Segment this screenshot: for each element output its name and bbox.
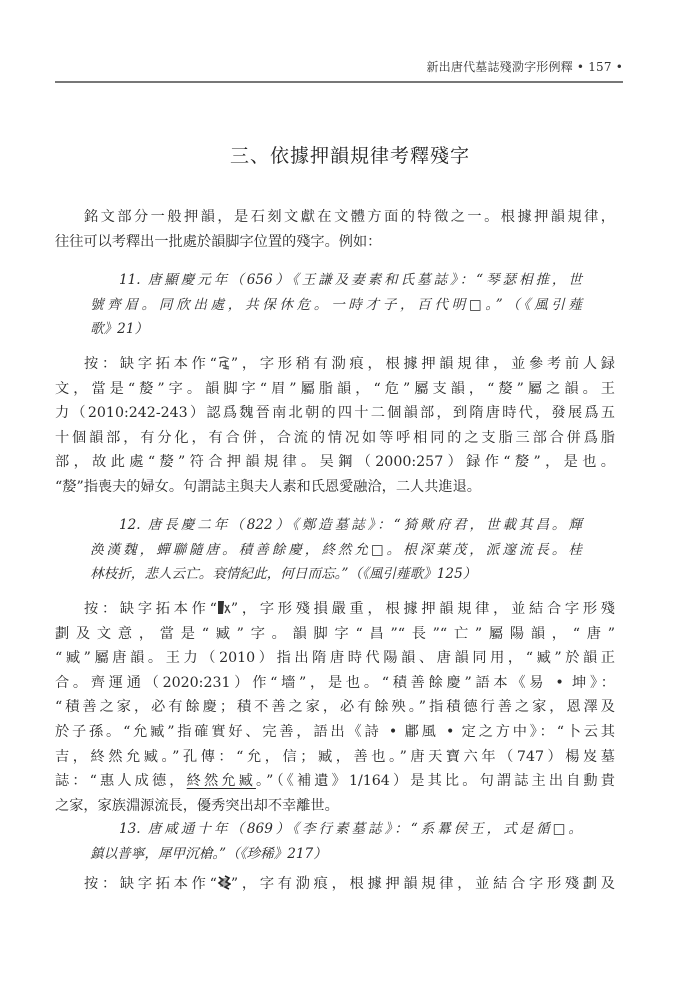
text-segment: 按：缺字拓本作“ [84,601,217,617]
example-13-note: 按：缺字拓本作“”，字有泐痕，根據押韻規律，並結合字形殘劃及 [55,872,615,897]
text-line: “積善之家，必有餘慶；積不善之家，必有餘殃。”指積德行善之家，恩澤及 [55,695,615,720]
rubbing-glyph-icon [217,600,231,615]
section-title: 三、依據押韻規律考釋殘字 [0,141,700,168]
text-segment: ”，字有泐痕，根據押韻規律，並結合字形殘劃及 [231,876,615,892]
text-line: “嫠”指喪夫的婦女。句謂誌主與夫人素和氏恩愛融洽，二人共進退。 [55,475,615,500]
header-rule [55,81,623,83]
text-segment: ”，字形殘損嚴重，根據押韻規律，並結合字形殘 [231,601,615,617]
text-line: 部，故此處“嫠”符合押韻規律。吴鋼（2000:257）録作“嫠”，是也。 [55,450,615,475]
quote-line: 號齊眉。同欣出處，共保休危。一時才子，百代明□。”（《風引薤 [90,293,582,318]
quote-line: 12. 唐長慶二年（822）《鄭造墓誌》：“猗歟府君，世載其昌。輝 [90,513,582,538]
text-line: 於子孫。“允臧”指確實好、完善，語出《詩 • 鄘風 • 定之方中》：“卜云其 [55,720,615,745]
text-line: 銘文部分一般押韻，是石刻文獻在文體方面的特徵之一。根據押韻規律， [55,205,615,230]
rubbing-glyph-icon [217,355,231,370]
quote-line: 鎮以普寧，犀甲沉槍。”（《珍稀》217） [90,842,582,867]
example-12-quote: 12. 唐長慶二年（822）《鄭造墓誌》：“猗歟府君，世載其昌。輝 涣漢魏，蟬聯… [90,513,582,587]
quote-line: 歌》21） [90,317,582,342]
quote-line: 林枝折，悲人云亡。衰情紀此，何日而忘。”（《風引薤歌》125） [90,562,582,587]
text-line: 文，當是“嫠”字。韻脚字“眉”屬脂韻，“危”屬支韻，“嫠”屬之韻。王 [55,377,615,402]
text-line: 按：缺字拓本作“”，字形殘損嚴重，根據押韻規律，並結合字形殘 [55,597,615,622]
text-segment: 按：缺字拓本作“ [84,876,217,892]
quote-line: 11. 唐顯慶元年（656）《王謙及妻素和氏墓誌》：“琴瑟相推，世 [90,268,582,293]
text-segment: 。”（《補遺》1/164）是其比。句謂誌主出自勳貴 [256,773,615,789]
text-segment: 按：缺字拓本作“ [84,356,217,372]
text-line: 力（2010:242-243）認爲魏晉南北朝的四十二個韻部，到隋唐時代，發展爲五 [55,401,615,426]
text-segment: ”，字形稍有泐痕，根據押韻規律，並參考前人録 [231,356,615,372]
rubbing-glyph-icon [217,875,231,890]
text-line: 按：缺字拓本作“”，字形稍有泐痕，根據押韻規律，並參考前人録 [55,352,615,377]
text-line: 劃及文意，當是“臧”字。韻脚字“昌”“長”“亡”屬陽韻，“唐” [55,622,615,647]
example-11-quote: 11. 唐顯慶元年（656）《王謙及妻素和氏墓誌》：“琴瑟相推，世 號齊眉。同欣… [90,268,582,342]
text-line: “臧”屬唐韻。王力（2010）指出隋唐時代陽韻、唐韻同用，“臧”於韻正 [55,646,615,671]
intro-paragraph: 銘文部分一般押韻，是石刻文獻在文體方面的特徵之一。根據押韻規律， 往往可以考釋出… [55,205,615,254]
text-line: 誌：“惠人成德，終然允臧。”（《補遺》1/164）是其比。句謂誌主出自勳貴 [55,769,615,794]
running-head: 新出唐代墓誌殘泐字形例釋 • 157 • [55,58,623,75]
text-line: 十個韻部，有分化，有合併，合流的情况如等呼相同的之支脂三部合併爲脂 [55,426,615,451]
text-line: 按：缺字拓本作“”，字有泐痕，根據押韻規律，並結合字形殘劃及 [55,872,615,897]
text-line: 吉，終然允臧。”孔傳：“允，信；臧，善也。”唐天寶六年（747）楊岌墓 [55,745,615,770]
example-12-note: 按：缺字拓本作“”，字形殘損嚴重，根據押韻規律，並結合字形殘 劃及文意，當是“臧… [55,597,615,818]
text-line: 合。齊運通（2020:231）作“墻”，是也。“積善餘慶”語本《易 • 坤》： [55,671,615,696]
text-line: 之家，家族淵源流長，優秀突出却不幸離世。 [55,794,615,819]
text-segment: 誌：“惠人成德， [55,773,187,789]
quote-line: 13. 唐咸通十年（869）《李行素墓誌》：“系羃侯王，式是循□。 [90,817,582,842]
example-11-note: 按：缺字拓本作“”，字形稍有泐痕，根據押韻規律，並參考前人録 文，當是“嫠”字。… [55,352,615,500]
underlined-phrase: 終然允臧 [187,773,256,789]
quote-line: 涣漢魏，蟬聯隨唐。積善餘慶，終然允□。根深葉茂，派邃流長。桂 [90,538,582,563]
text-line: 往往可以考釋出一批處於韻脚字位置的殘字。例如： [55,230,615,255]
example-13-quote: 13. 唐咸通十年（869）《李行素墓誌》：“系羃侯王，式是循□。 鎮以普寧，犀… [90,817,582,866]
